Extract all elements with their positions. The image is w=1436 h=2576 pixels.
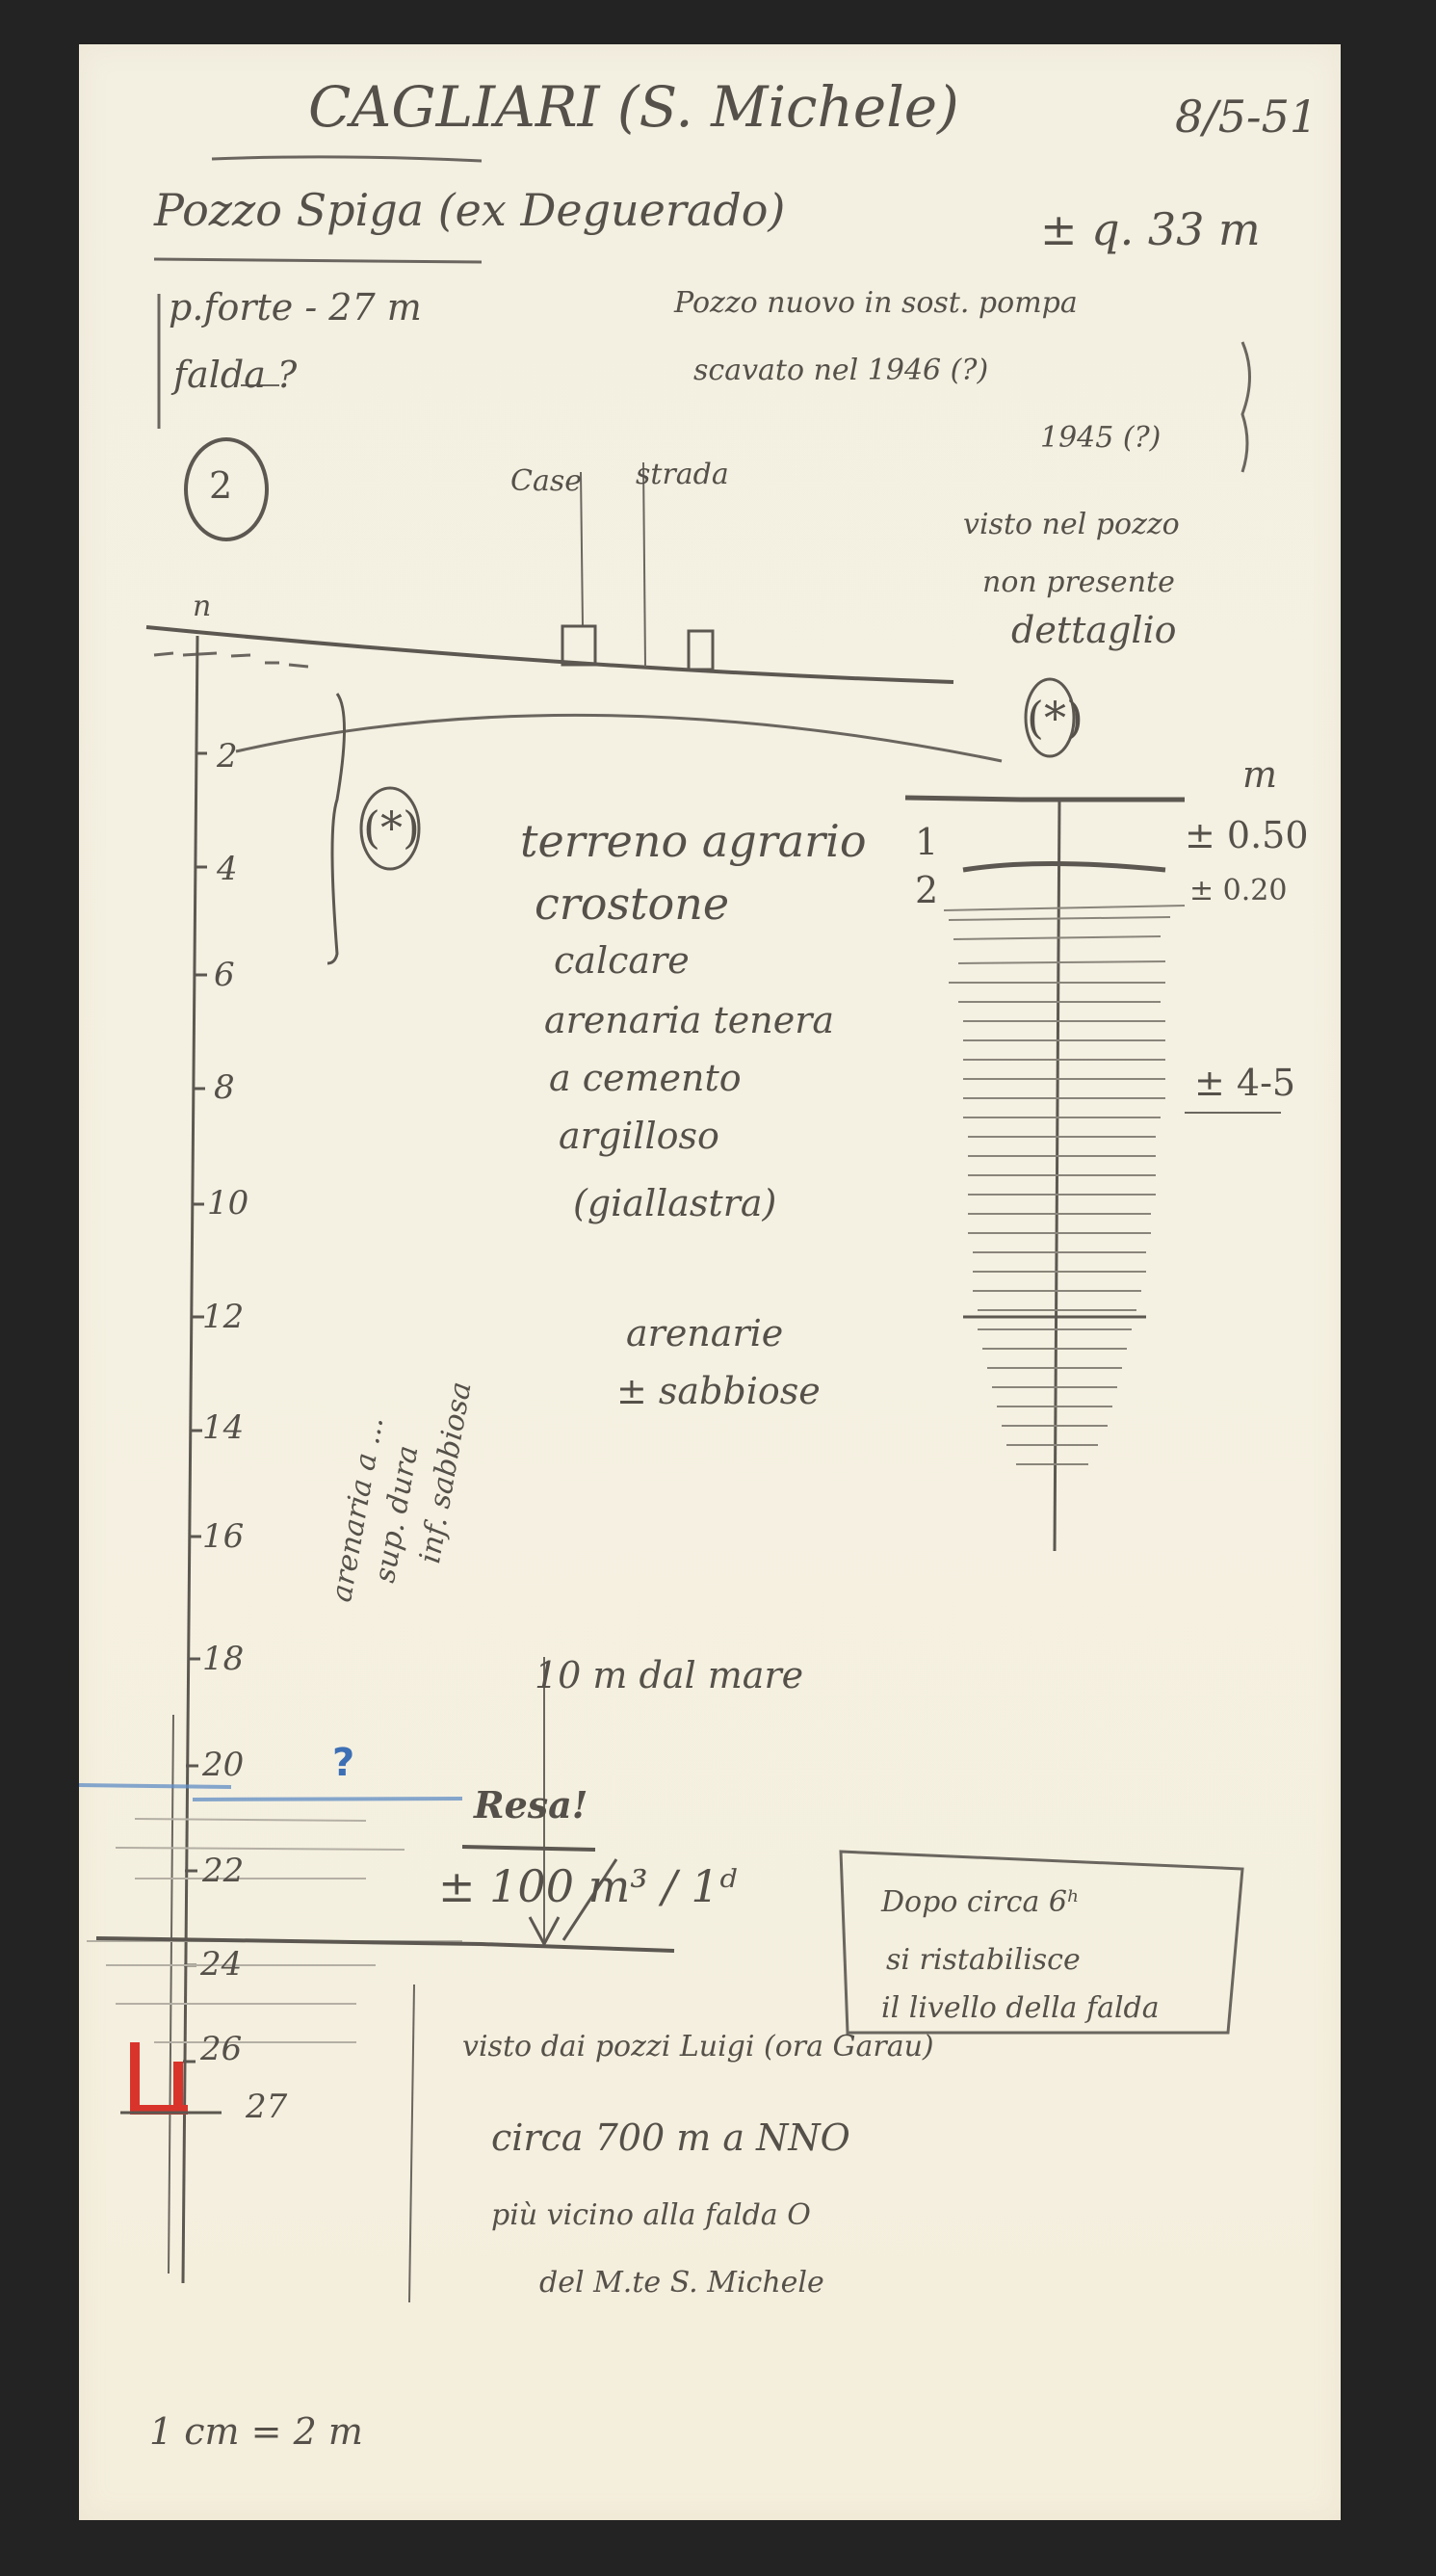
lithology-layer2: crostone bbox=[535, 881, 729, 926]
elevation-label: ± q. 33 m bbox=[1040, 207, 1261, 251]
observation-line2: non presente bbox=[982, 568, 1175, 597]
depth-tick: 22 bbox=[202, 1854, 244, 1887]
page-title: CAGLIARI (S. Michele) bbox=[308, 79, 959, 135]
construction-note-line3: 1945 (?) bbox=[1040, 424, 1161, 453]
asterisk-marker-left: (*) bbox=[363, 805, 420, 850]
asterisk-marker: (*) bbox=[1027, 696, 1084, 740]
detail-layer3-thickness: ± 4-5 bbox=[1194, 1065, 1295, 1101]
lithology-layer4-line3: argilloso bbox=[559, 1117, 719, 1154]
depth-tick: 6 bbox=[214, 959, 235, 991]
depth-tick: 10 bbox=[207, 1187, 248, 1220]
depth-tick: 8 bbox=[214, 1071, 235, 1104]
lithology-layer4-line1: arenaria tenera bbox=[544, 1002, 834, 1038]
detail-layer1-number: 1 bbox=[915, 824, 938, 860]
lithology-layer5-line1: arenarie bbox=[626, 1315, 783, 1352]
lithology-layer3: calcare bbox=[554, 942, 690, 979]
construction-note-line2: scavato nel 1946 (?) bbox=[693, 356, 988, 385]
observation-line3: dettaglio bbox=[1011, 612, 1177, 648]
depth-tick: 24 bbox=[200, 1948, 242, 1981]
svg-text:?: ? bbox=[332, 1741, 354, 1785]
date-label: 8/5-51 bbox=[1175, 94, 1318, 139]
recovery-note-line2: si ristabilisce bbox=[886, 1946, 1081, 1975]
sea-distance-note: 10 m dal mare bbox=[535, 1657, 803, 1694]
figure-number: 2 bbox=[209, 467, 232, 504]
construction-note-line1: Pozzo nuovo in sost. pompa bbox=[674, 289, 1078, 318]
water-table-label: falda ? bbox=[173, 356, 297, 393]
depth-tick: 16 bbox=[202, 1520, 244, 1553]
depth-tick: 12 bbox=[202, 1301, 244, 1333]
north-label: n bbox=[193, 592, 211, 621]
lithology-layer1: terreno agrario bbox=[520, 819, 867, 863]
bottom-note-line2: circa 700 m a NNO bbox=[491, 2119, 850, 2156]
detail-layer1-thickness: ± 0.50 bbox=[1185, 817, 1309, 854]
depth-tick: 2 bbox=[217, 740, 238, 773]
depth-tick: 4 bbox=[217, 853, 238, 885]
lithology-layer4-line4: (giallastra) bbox=[573, 1185, 776, 1222]
bottom-note-line4: del M.te S. Michele bbox=[539, 2269, 824, 2298]
road-label: strada bbox=[636, 460, 729, 489]
detail-layer2-number: 2 bbox=[915, 872, 938, 908]
depth-tick: 20 bbox=[202, 1748, 244, 1781]
recovery-note-line3: il livello della falda bbox=[881, 1994, 1160, 2023]
map-scale-label: 1 cm = 2 m bbox=[149, 2413, 363, 2450]
depth-tick: 26 bbox=[200, 2033, 242, 2065]
lithology-layer5-line2: ± sabbiose bbox=[616, 1373, 821, 1409]
bottom-note-line1: visto dai pozzi Luigi (ora Garau) bbox=[462, 2033, 934, 2062]
well-depth-label: p.forte - 27 m bbox=[169, 289, 422, 326]
recovery-note-line1: Dopo circa 6ʰ bbox=[881, 1888, 1080, 1917]
yield-label: Resa! bbox=[474, 1787, 587, 1824]
bottom-note-line3: più vicino alla falda O bbox=[491, 2201, 811, 2230]
depth-tick: 18 bbox=[202, 1643, 244, 1675]
lithology-layer4-line2: a cemento bbox=[549, 1060, 742, 1096]
well-name: Pozzo Spiga (ex Deguerado) bbox=[154, 188, 785, 232]
depth-tick: 14 bbox=[202, 1411, 244, 1444]
yield-value: ± 100 m³ / 1ᵈ bbox=[438, 1864, 737, 1908]
detail-unit-label: m bbox=[1242, 756, 1277, 793]
houses-label: Case bbox=[510, 467, 582, 496]
detail-layer2-thickness: ± 0.20 bbox=[1189, 877, 1287, 906]
depth-tick-bottom: 27 bbox=[246, 2090, 287, 2123]
observation-line1: visto nel pozzo bbox=[963, 511, 1180, 539]
